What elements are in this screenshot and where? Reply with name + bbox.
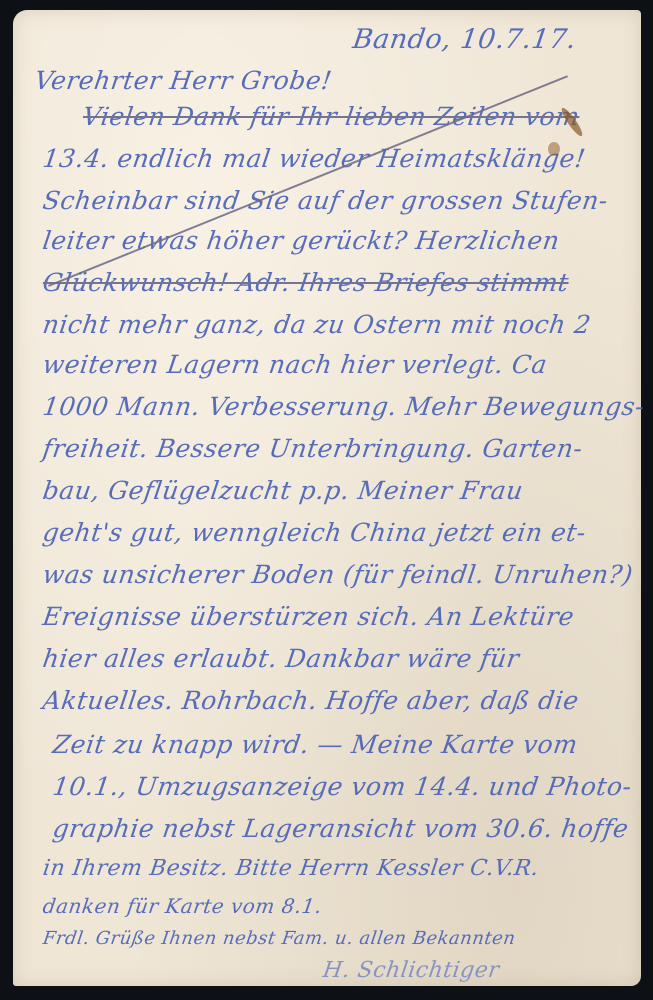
text-line-6: nicht mehr ganz, da zu Ostern mit noch 2	[41, 310, 593, 339]
text-line-5: Glückwunsch! Adr. Ihres Briefes stimmt	[41, 268, 571, 297]
text-line-10: bau, Geflügelzucht p.p. Meiner Frau	[41, 476, 525, 505]
postcard: Bando, 10.7.17. Verehrter Herr Grobe! Vi…	[13, 10, 641, 986]
signature: H. Schlichtiger	[321, 958, 501, 983]
text-line-21: Frdl. Grüße Ihnen nebst Fam. u. allen Be…	[42, 928, 517, 949]
text-line-8: 1000 Mann. Verbesserung. Mehr Bewegungs-	[41, 392, 646, 421]
text-line-4: leiter etwas höher gerückt? Herzlichen	[41, 226, 562, 255]
text-line-15: Aktuelles. Rohrbach. Hoffe aber, daß die	[41, 686, 581, 715]
text-line-11: geht's gut, wenngleich China jetzt ein e…	[41, 518, 588, 547]
text-line-13: Ereignisse überstürzen sich. An Lektüre	[41, 602, 576, 631]
text-line-2: 13.4. endlich mal wieder Heimatsklänge!	[41, 144, 588, 173]
text-line-17: 10.1., Umzugsanzeige vom 14.4. und Photo…	[51, 772, 634, 801]
text-line-20: danken für Karte vom 8.1.	[41, 894, 323, 918]
text-line-9: freiheit. Bessere Unterbringung. Garten-	[41, 434, 585, 463]
text-line-3: Scheinbar sind Sie auf der grossen Stufe…	[41, 186, 610, 215]
text-line-19: in Ihrem Besitz. Bitte Herrn Kessler C.V…	[41, 856, 540, 881]
salutation: Verehrter Herr Grobe!	[33, 66, 334, 95]
text-line-1: Vielen Dank für Ihr lieben Zeilen vom	[81, 102, 582, 131]
text-line-14: hier alles erlaubt. Dankbar wäre für	[41, 644, 521, 673]
ink-stain	[548, 142, 560, 156]
text-line-12: was unsicherer Boden (für feindl. Unruhe…	[41, 560, 635, 589]
text-line-16: Zeit zu knapp wird. — Meine Karte vom	[51, 730, 580, 759]
dateline: Bando, 10.7.17.	[351, 24, 579, 55]
text-line-7: weiteren Lagern nach hier verlegt. Ca	[41, 350, 549, 379]
text-line-18: graphie nebst Lageransicht vom 30.6. hof…	[51, 814, 631, 843]
